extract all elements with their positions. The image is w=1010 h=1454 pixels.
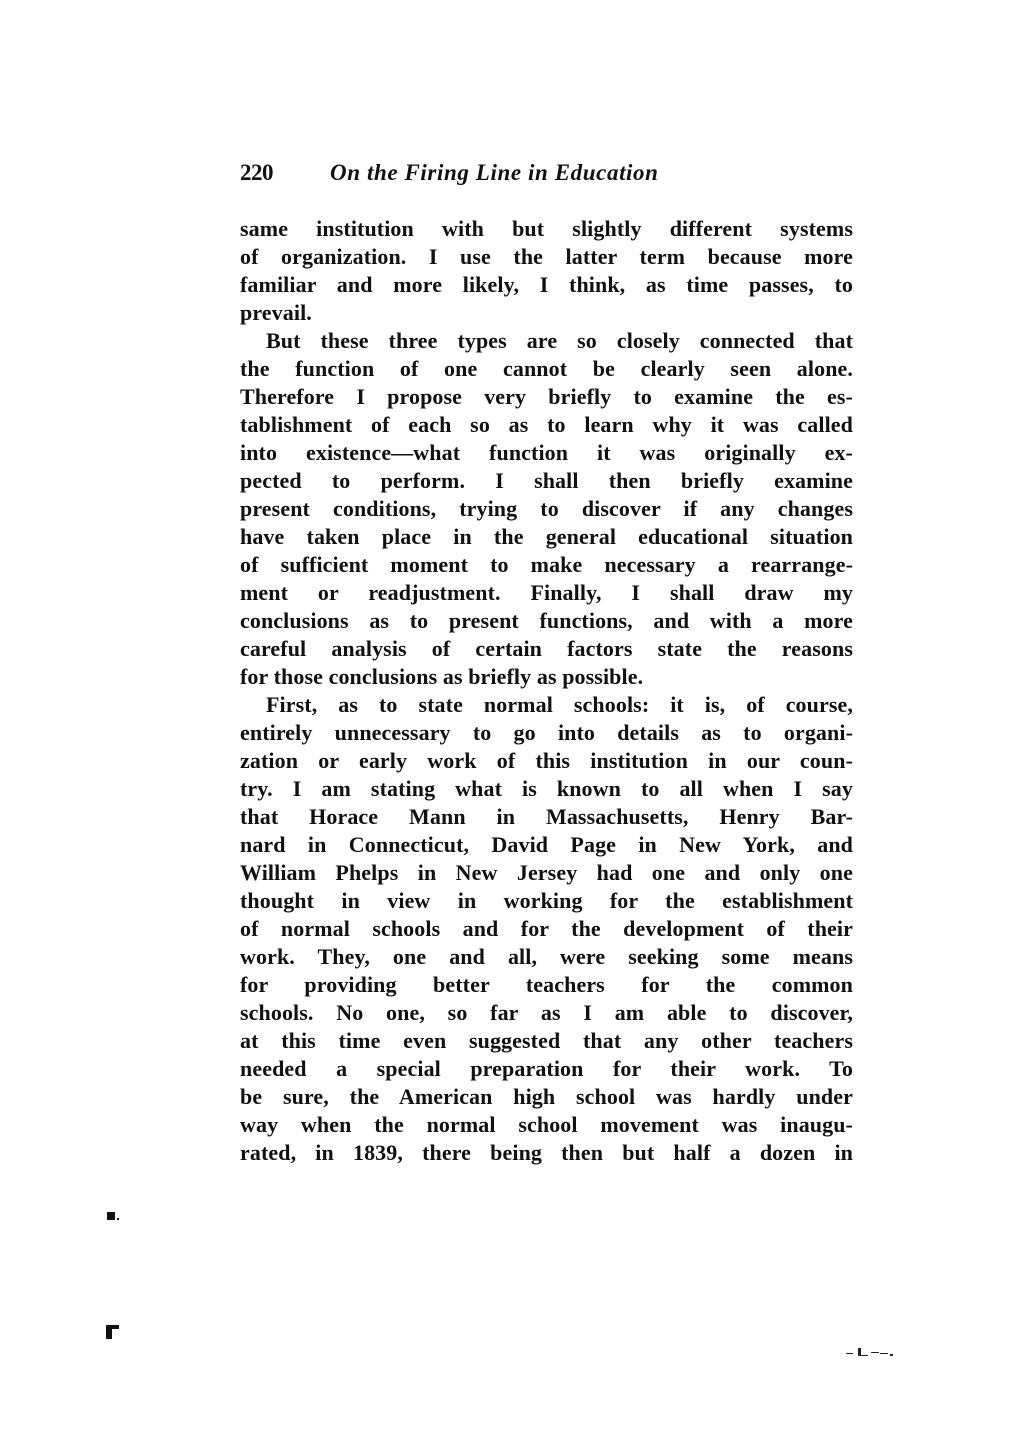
text-line: tablishment of each so as to learn why i… [240,411,853,439]
scanned-book-page: 220On the Firing Line in Education same … [0,0,1010,1454]
book-title: On the Firing Line in Education [330,156,659,190]
scan-artifact-footer [846,1348,916,1358]
scan-artifact-mark [107,1212,115,1220]
text-line: ment or readjustment. Finally, I shall d… [240,579,853,607]
text-line: First, as to state normal schools: it is… [240,691,853,719]
text-line: rated, in 1839, there being then but hal… [240,1139,853,1167]
text-line: William Phelps in New Jersey had one and… [240,859,853,887]
text-line: prevail. [240,299,853,327]
text-line: try. I am stating what is known to all w… [240,775,853,803]
text-line: zation or early work of this institution… [240,747,853,775]
text-line: pected to perform. I shall then briefly … [240,467,853,495]
text-line: into existence—what function it was orig… [240,439,853,467]
running-head: 220On the Firing Line in Education [240,156,853,190]
text-line: be sure, the American high school was ha… [240,1083,853,1111]
text-line: at this time even suggested that any oth… [240,1027,853,1055]
page-number: 220 [240,156,330,190]
text-line: of organization. I use the latter term b… [240,243,853,271]
text-line: schools. No one, so far as I am able to … [240,999,853,1027]
text-line: familiar and more likely, I think, as ti… [240,271,853,299]
text-line: conclusions as to present functions, and… [240,607,853,635]
text-line: same institution with but slightly diffe… [240,215,853,243]
text-line: way when the normal school movement was … [240,1111,853,1139]
scan-artifact-dot [117,1218,119,1220]
text-line: have taken place in the general educatio… [240,523,853,551]
body-text: same institution with but slightly diffe… [240,215,853,1167]
text-line: that Horace Mann in Massachusetts, Henry… [240,803,853,831]
text-line: Therefore I propose very briefly to exam… [240,383,853,411]
text-line: present conditions, trying to discover i… [240,495,853,523]
text-line: for providing better teachers for the co… [240,971,853,999]
text-line: for those conclusions as briefly as poss… [240,663,853,691]
text-line: of normal schools and for the developmen… [240,915,853,943]
text-line: of sufficient moment to make necessary a… [240,551,853,579]
text-line: entirely unnecessary to go into details … [240,719,853,747]
text-line: needed a special preparation for their w… [240,1055,853,1083]
text-line: nard in Connecticut, David Page in New Y… [240,831,853,859]
scan-artifact-mark [106,1325,119,1329]
text-line: work. They, one and all, were seeking so… [240,943,853,971]
text-line: the function of one cannot be clearly se… [240,355,853,383]
text-line: But these three types are so closely con… [240,327,853,355]
text-line: careful analysis of certain factors stat… [240,635,853,663]
text-line: thought in view in working for the estab… [240,887,853,915]
